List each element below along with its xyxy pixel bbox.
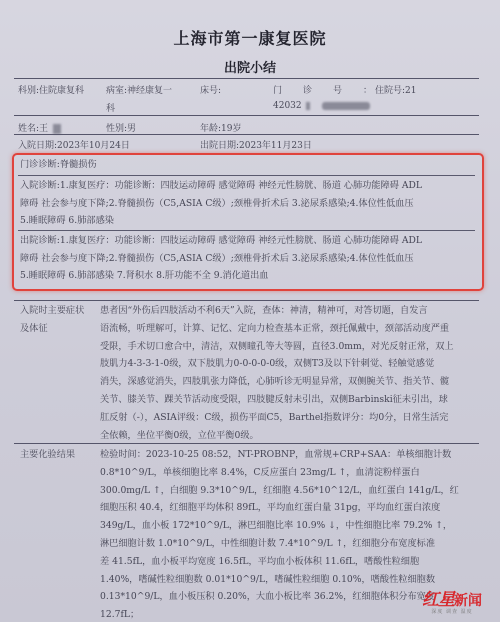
news-watermark: 红星新闻 深度 调查 温度 bbox=[422, 585, 482, 615]
ward-field: 病室:神经康复一 bbox=[106, 83, 172, 96]
patient-name-field: 姓名:王 bbox=[18, 121, 61, 134]
symptoms-line: 全依赖，坐位平衡0级，立位平衡0级。 bbox=[100, 427, 480, 445]
bed-field: 床号: bbox=[200, 83, 221, 96]
admission-diagnosis-line: 5.睡眠障碍 6.肺部感染 bbox=[20, 212, 475, 230]
outpatient-no-value: 42032 bbox=[273, 101, 370, 111]
symptoms-line: 关节、膝关节、踝关节活动度受限，四肢腱反射未引出，双侧Barbinski征未引出… bbox=[100, 391, 480, 409]
age-field: 年龄:19岁 bbox=[200, 121, 242, 134]
divider bbox=[14, 300, 479, 301]
divider bbox=[14, 115, 479, 116]
divider bbox=[18, 230, 475, 231]
symptoms-text: 患者因“外伤后四肢活动不利6天”入院，查体：神清，精神可，对答切题，自发言 语流… bbox=[100, 302, 480, 444]
outpatient-no-label: 门 诊 号 ： bbox=[273, 83, 378, 96]
discharge-diagnosis-line: 5.睡眠障碍 6.肺部感染 7.肾积水 8.肝功能不全 9.消化道出血 bbox=[20, 267, 475, 285]
discharge-diagnosis-line: 出院诊断:1.康复医疗：功能诊断：四肢运动障碍 感觉障碍 神经元性膀胱、肠道 心… bbox=[20, 232, 475, 250]
divider bbox=[14, 78, 479, 79]
department-field: 科别:住院康复科 bbox=[18, 83, 84, 96]
lab-results-label: 主要化验结果 bbox=[20, 446, 75, 464]
redaction bbox=[53, 124, 61, 134]
admission-diagnosis-line: 入院诊断:1.康复医疗：功能诊断：四肢运动障碍 感觉障碍 神经元性膀胱、肠道 心… bbox=[20, 177, 475, 195]
discharge-diagnosis-line: 障碍 社会参与度下降;2.脊髓损伤（C5,ASIA C级）;颈椎骨折术后 3.泌… bbox=[20, 250, 475, 268]
symptoms-line: 语流畅，听理解可，计算、记忆、定向力检查基本正常，颈托佩戴中，颈部活动度严重 bbox=[100, 320, 480, 338]
lab-line: 300.0mg/L ↑，白细胞 9.3*10^9/L，红细胞 4.56*10^1… bbox=[100, 482, 480, 500]
discharge-summary-document: 上海市第一康复医院 出院小结 科别:住院康复科 病室:神经康复一 科 床号: 门… bbox=[0, 0, 500, 622]
admission-diagnosis: 入院诊断:1.康复医疗：功能诊断：四肢运动障碍 感觉障碍 神经元性膀胱、肠道 心… bbox=[20, 177, 475, 230]
gender-field: 性别:男 bbox=[106, 121, 136, 134]
symptoms-line: 肢肌力4-3-3-1-0级，双下肢肌力0-0-0-0-0级，双侧T3及以下针刺觉… bbox=[100, 355, 480, 373]
symptoms-line: 肛反射（-），ASIA评级：C级，损伤平面C5，Barthel指数评分：均0分，… bbox=[100, 409, 480, 427]
patient-name-text: 姓名:王 bbox=[18, 124, 48, 134]
outpatient-diagnosis: 门诊诊断:脊髓损伤 bbox=[20, 156, 475, 174]
watermark-brand: 红星 bbox=[422, 590, 454, 610]
lab-line: 0.8*10^9/L，单核细胞比率 8.4%，C反应蛋白 23mg/L ↑，血清… bbox=[100, 464, 480, 482]
divider bbox=[18, 175, 475, 176]
admission-diagnosis-line: 障碍 社会参与度下降;2.脊髓损伤（C5,ASIA C级）;颈椎骨折术后 3.泌… bbox=[20, 195, 475, 213]
hospital-name: 上海市第一康复医院 bbox=[0, 26, 500, 49]
inpatient-no-text: 住院号:21 bbox=[375, 86, 417, 96]
symptoms-label: 入院时主要症状 及体征 bbox=[20, 302, 84, 338]
divider bbox=[14, 443, 479, 444]
watermark-news: 新闻 bbox=[454, 593, 482, 609]
divider bbox=[14, 134, 479, 135]
symptoms-line: 受限，手术切口愈合中，清洁，双侧瞳孔等大等圆，直径3.0mm，对光反射正常，双上 bbox=[100, 338, 480, 356]
symptoms-line: 消失，深感觉消失，四肢肌张力降低，心肺听诊无明显异常，双侧腕关节、指关节、髋 bbox=[100, 373, 480, 391]
redaction bbox=[322, 102, 370, 110]
admission-date-field: 入院日期:2023年10月24日 bbox=[18, 138, 130, 151]
lab-line: 检验时间：2023-10-25 08:52，NT-PROBNP，血常规+CRP+… bbox=[100, 446, 480, 464]
inpatient-no-field: 住院号:21 bbox=[375, 83, 417, 96]
symptoms-line: 患者因“外伤后四肢活动不利6天”入院，查体：神清，精神可，对答切题，自发言 bbox=[100, 302, 480, 320]
document-title: 出院小结 bbox=[0, 57, 500, 76]
ward-field-cont: 科 bbox=[106, 101, 115, 114]
discharge-date-field: 出院日期:2023年11月23日 bbox=[200, 138, 312, 151]
symptoms-label-line: 入院时主要症状 bbox=[20, 302, 84, 320]
lab-line: 淋巴细胞计数 1.0*10^9/L，中性细胞计数 7.4*10^9/L ↑，红细… bbox=[100, 535, 480, 553]
redaction bbox=[306, 102, 310, 110]
symptoms-label-line: 及体征 bbox=[20, 320, 84, 338]
discharge-diagnosis: 出院诊断:1.康复医疗：功能诊断：四肢运动障碍 感觉障碍 神经元性膀胱、肠道 心… bbox=[20, 232, 475, 285]
lab-line: 细胞压积 40.4，红细胞平均体积 89fL，平均血红蛋白量 31pg，平均血红… bbox=[100, 499, 480, 517]
lab-line: 差 41.5fL，血小板平均宽度 16.5fL，平均血小板体积 11.6fL，嗜… bbox=[100, 553, 480, 571]
lab-line: 349g/L，血小板 172*10^9/L，淋巴细胞比率 10.9% ↓，中性细… bbox=[100, 517, 480, 535]
outpatient-no-text: 42032 bbox=[273, 101, 302, 111]
